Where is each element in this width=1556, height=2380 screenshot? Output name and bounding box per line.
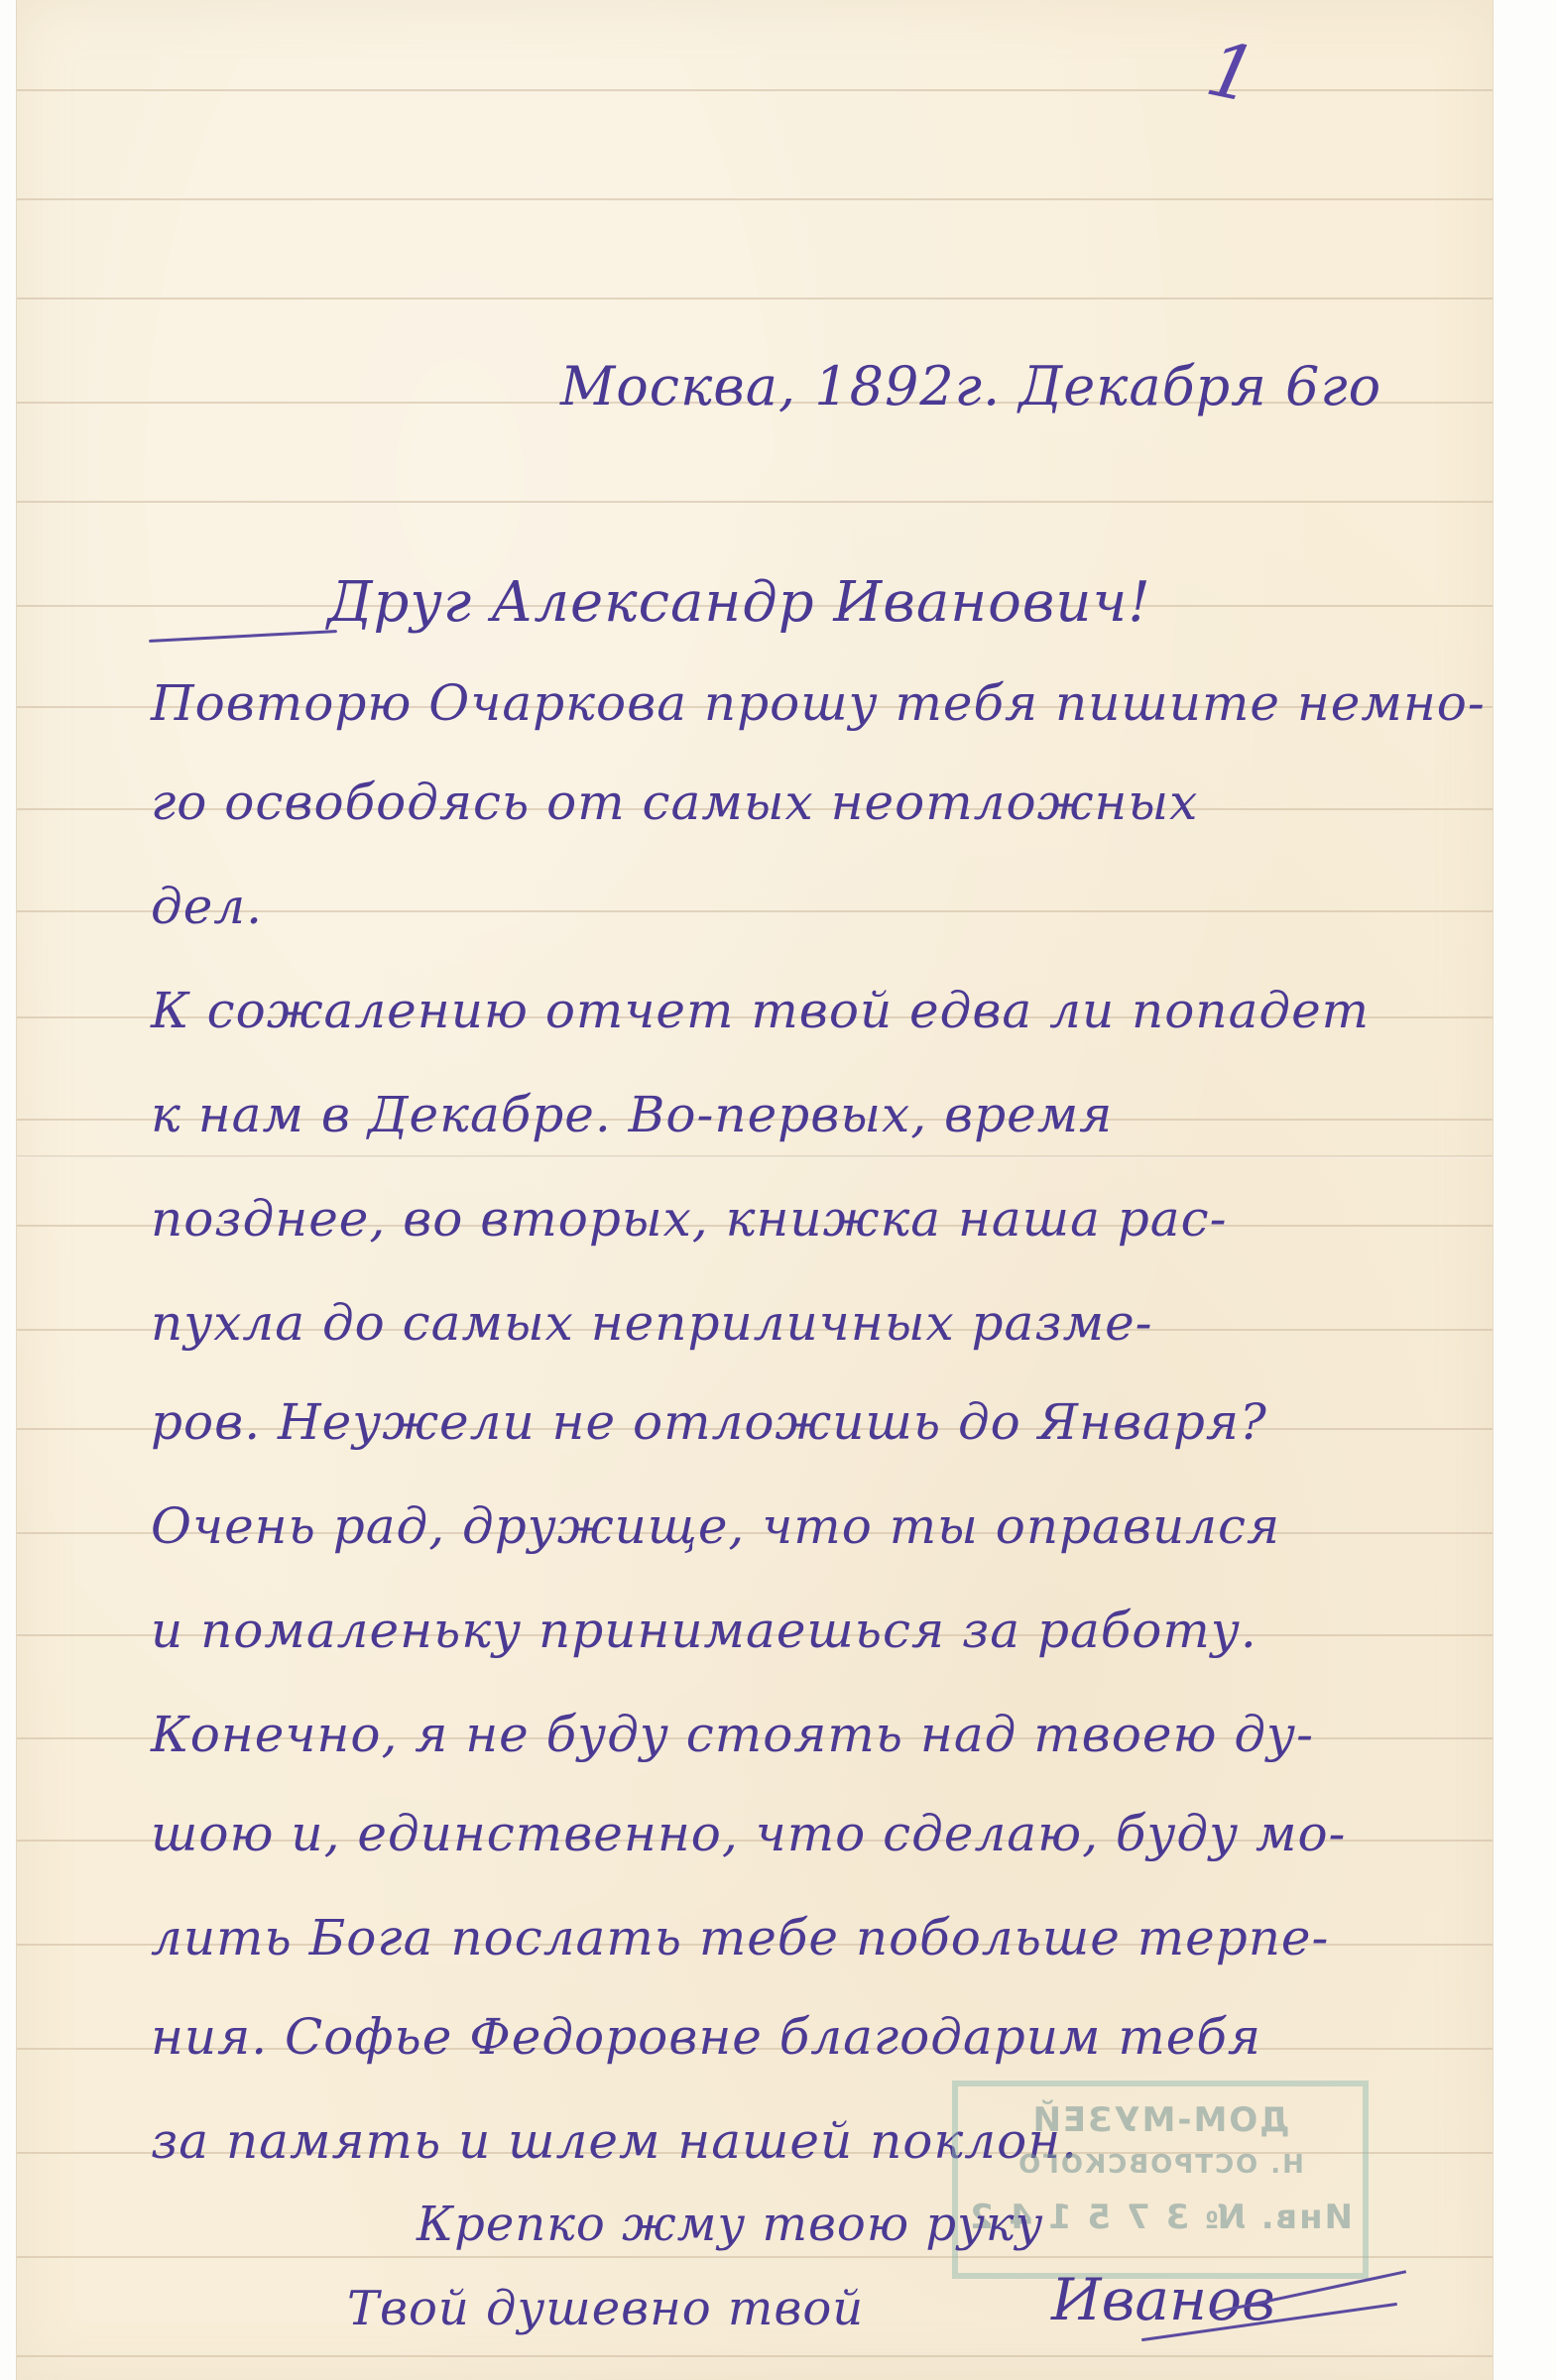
stamp-title: ДОМ-МУЗЕЙ — [958, 2100, 1363, 2140]
body-line: позднее, во вторых, книжка наша рас- — [151, 1190, 1228, 1248]
salutation: Друг Александр Иванович! — [327, 570, 1151, 635]
body-line: ния. Софье Федоровне благодарим тебя — [151, 2008, 1261, 2066]
body-line: шою и, единственно, что сделаю, буду мо- — [151, 1805, 1346, 1862]
body-line: лить Бога послать тебе побольше терпе- — [151, 1909, 1329, 1966]
body-line: и помаленьку принимаешься за работу. — [151, 1602, 1257, 1659]
fold-crease — [17, 1155, 1493, 1158]
ruled-line — [17, 297, 1493, 299]
dateline: Москва, 1892г. Декабря 6го — [560, 355, 1381, 417]
body-line: пухла до самых неприличных разме- — [151, 1294, 1153, 1352]
ruled-line — [17, 89, 1493, 91]
ruled-line — [17, 501, 1493, 503]
body-line: Повторю Очаркова прошу тебя пишите немно… — [151, 674, 1486, 732]
body-line: дел. — [151, 878, 263, 935]
ruled-line — [17, 198, 1493, 200]
closing-line: Твой душевно твой — [347, 2281, 864, 2336]
ruled-line — [17, 2355, 1493, 2357]
body-line: Конечно, я не буду стоять над твоею ду- — [151, 1706, 1314, 1763]
stamp-subtitle: Н. ОСТРОВСКОГО — [958, 2150, 1363, 2180]
body-line: К сожалению отчет твой едва ли попадет — [151, 982, 1370, 1039]
closing-line: Крепко жму твою руку — [417, 2197, 1043, 2252]
body-line: за память и шлем нашей поклон. — [151, 2112, 1078, 2170]
body-line: к нам в Декабре. Во-первых, время — [151, 1086, 1113, 1143]
body-line: ров. Неужели не отложишь до Января? — [151, 1393, 1267, 1451]
body-line: Очень рад, дружище, что ты оправился — [151, 1497, 1280, 1555]
body-line: го освободясь от самых неотложных — [151, 773, 1198, 831]
